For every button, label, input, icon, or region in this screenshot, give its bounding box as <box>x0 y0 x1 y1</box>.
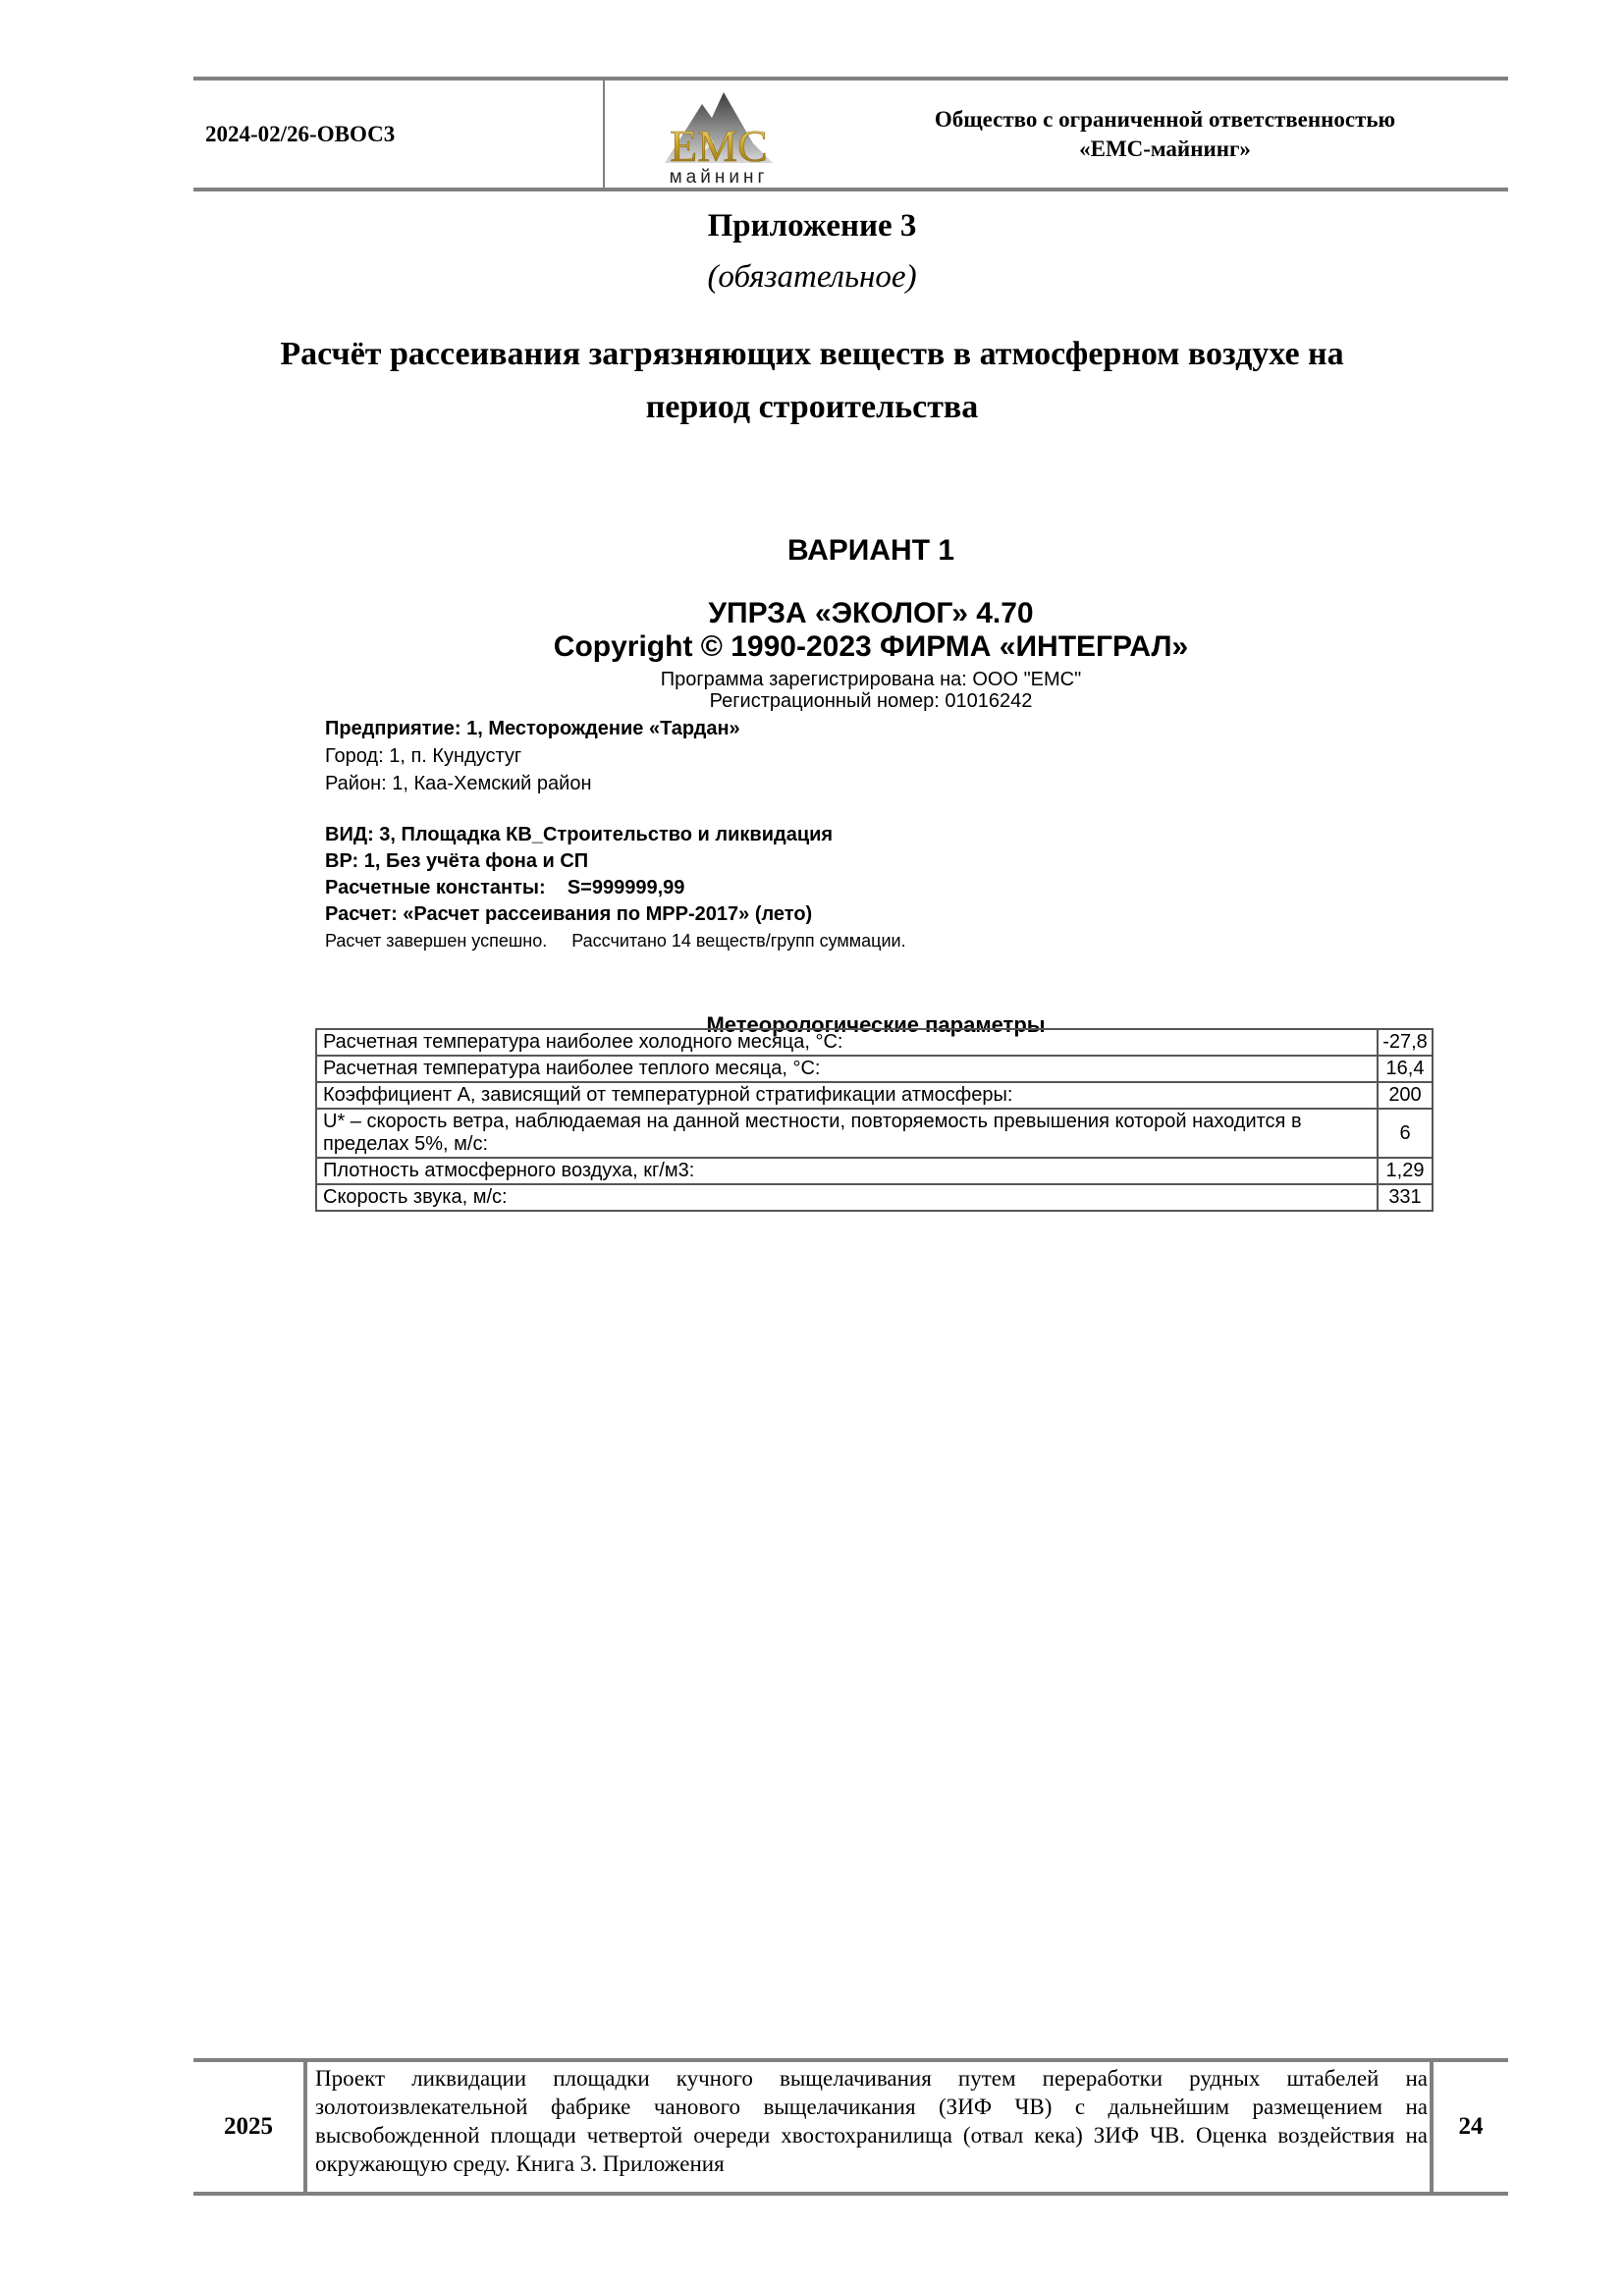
copyright: Copyright © 1990-2023 ФИРМА «ИНТЕГРАЛ» <box>59 630 1624 664</box>
document-code: 2024-02/26-ОВОС3 <box>193 81 605 188</box>
footer-year: 2025 <box>193 2062 307 2192</box>
city: Город: 1, п. Кундустуг <box>325 745 521 768</box>
page-number: 24 <box>1430 2062 1508 2192</box>
param-value: 331 <box>1378 1184 1433 1211</box>
calculation: Расчет: «Расчет рассеивания по МРР-2017»… <box>325 903 812 926</box>
appendix-subtitle: (обязательное) <box>0 259 1624 296</box>
company-name: Общество с ограниченной ответственностью… <box>822 81 1508 188</box>
appendix-title: Приложение 3 <box>0 208 1624 245</box>
table-row: Скорость звука, м/с:331 <box>316 1184 1433 1211</box>
vid: ВИД: 3, Площадка КВ_Строительство и ликв… <box>325 824 833 846</box>
table-row: Расчетная температура наиболее холодного… <box>316 1029 1433 1056</box>
company-logo: EMC майнинг <box>625 84 812 187</box>
company-name-line2: «ЕМС-майнинг» <box>1079 135 1251 164</box>
page-footer: 2025 Проект ликвидации площадки кучного … <box>193 2058 1508 2196</box>
table-row: U* – скорость ветра, наблюдаемая на данн… <box>316 1109 1433 1158</box>
param-label: Расчетная температура наиболее теплого м… <box>316 1056 1378 1082</box>
mountain-logo-icon: EMC майнинг <box>625 84 812 187</box>
param-value: 6 <box>1378 1109 1433 1158</box>
param-label: Коэффициент А, зависящий от температурно… <box>316 1082 1378 1109</box>
param-value: 16,4 <box>1378 1056 1433 1082</box>
param-label: U* – скорость ветра, наблюдаемая на данн… <box>316 1109 1378 1158</box>
svg-text:EMC: EMC <box>670 121 768 171</box>
program-title: УПРЗА «ЭКОЛОГ» 4.70 <box>59 597 1624 630</box>
meteo-table: Расчетная температура наиболее холодного… <box>315 1028 1434 1212</box>
page-header: 2024-02/26-ОВОС3 EMC майнинг Общество с … <box>193 77 1508 191</box>
table-row: Расчетная температура наиболее теплого м… <box>316 1056 1433 1082</box>
heading-line2: период строительства <box>0 381 1624 434</box>
enterprise: Предприятие: 1, Месторождение «Тардан» <box>325 718 740 740</box>
param-label: Плотность атмосферного воздуха, кг/м3: <box>316 1158 1378 1184</box>
table-row: Коэффициент А, зависящий от температурно… <box>316 1082 1433 1109</box>
vr: ВР: 1, Без учёта фона и СП <box>325 850 588 873</box>
table-row: Плотность атмосферного воздуха, кг/м3:1,… <box>316 1158 1433 1184</box>
district: Район: 1, Каа-Хемский район <box>325 773 592 795</box>
param-value: -27,8 <box>1378 1029 1433 1056</box>
param-label: Скорость звука, м/с: <box>316 1184 1378 1211</box>
heading-line1: Расчёт рассеивания загрязняющих веществ … <box>0 328 1624 381</box>
registered-on: Программа зарегистрирована на: ООО "ЕМС" <box>59 669 1624 691</box>
svg-text:майнинг: майнинг <box>670 167 769 187</box>
param-label: Расчетная температура наиболее холодного… <box>316 1029 1378 1056</box>
appendix-heading: Расчёт рассеивания загрязняющих веществ … <box>0 328 1624 434</box>
company-name-line1: Общество с ограниченной ответственностью <box>935 105 1395 135</box>
variant-title: ВАРИАНТ 1 <box>59 534 1624 568</box>
param-value: 1,29 <box>1378 1158 1433 1184</box>
registration-number: Регистрационный номер: 01016242 <box>59 690 1624 713</box>
calc-status: Расчет завершен успешно. Рассчитано 14 в… <box>325 931 906 952</box>
calc-constants: Расчетные константы: S=999999,99 <box>325 877 684 899</box>
footer-description: Проект ликвидации площадки кучного выщел… <box>315 2062 1428 2192</box>
param-value: 200 <box>1378 1082 1433 1109</box>
